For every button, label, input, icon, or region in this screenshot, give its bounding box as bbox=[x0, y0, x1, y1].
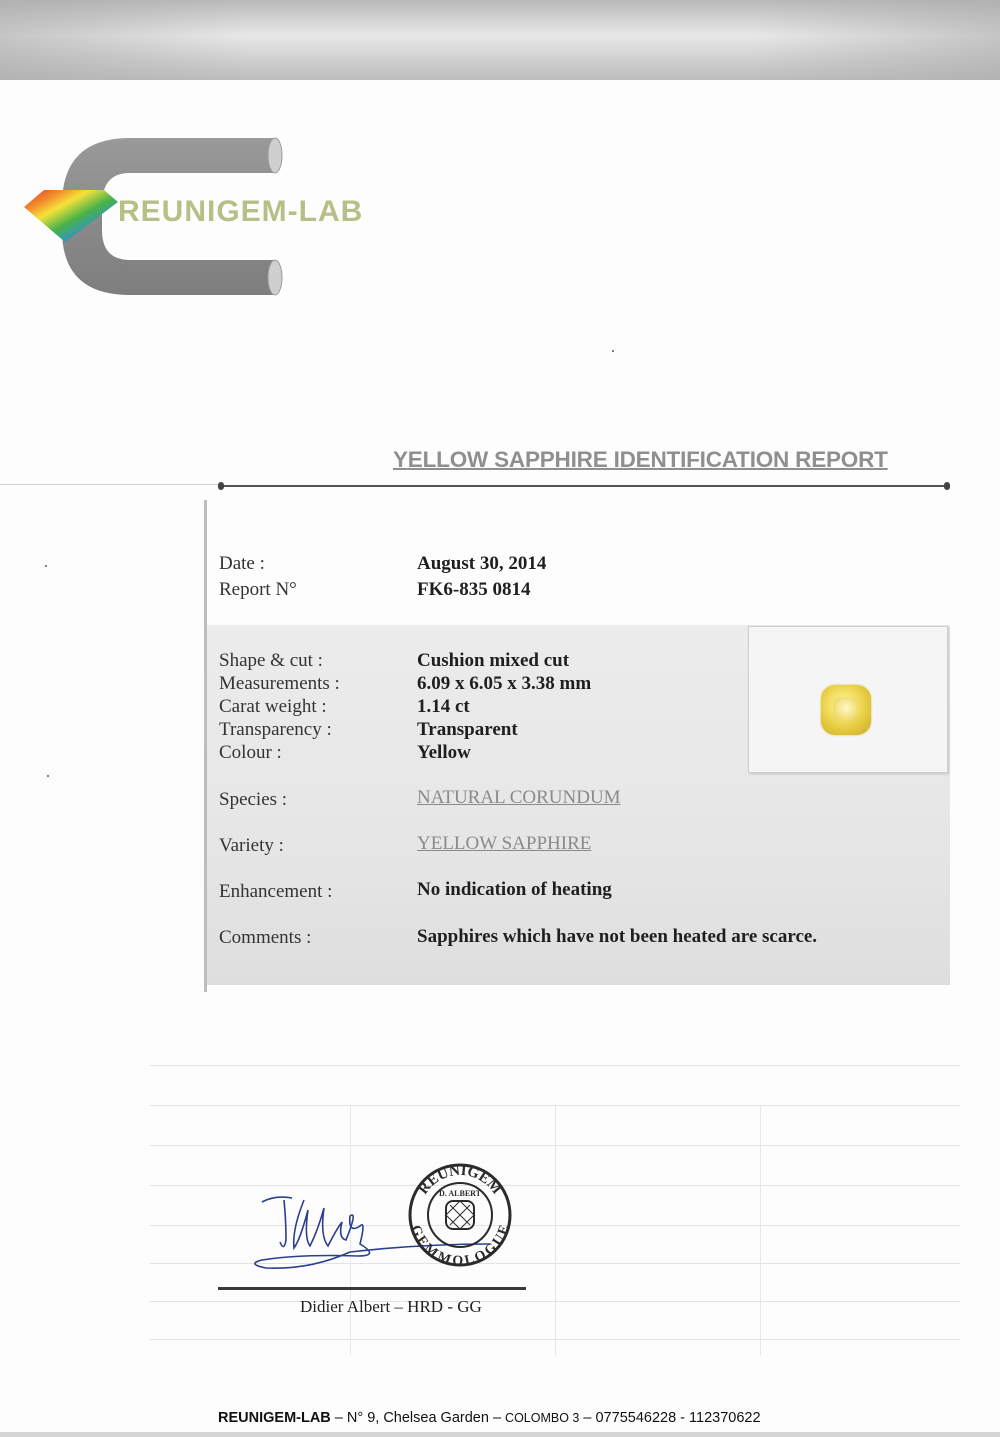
comments-value: Sapphires which have not been heated are… bbox=[417, 926, 817, 948]
report-number-value: FK6-835 0814 bbox=[417, 579, 530, 601]
rule-end-left bbox=[218, 482, 224, 490]
shape-cut-label: Shape & cut : bbox=[219, 650, 323, 672]
rule-end-right bbox=[944, 482, 950, 490]
logo-wordmark: REUNIGEM-LAB bbox=[118, 195, 363, 229]
signature-line bbox=[218, 1287, 526, 1290]
yellow-sapphire-gem-icon bbox=[821, 685, 871, 735]
gem-photo bbox=[748, 626, 948, 773]
signature-icon: REUNIGEM GEMMOLOGUE D. ALBERT bbox=[240, 1160, 540, 1285]
scanner-top-band bbox=[0, 0, 1000, 80]
signer-name: Didier Albert – HRD - GG bbox=[300, 1297, 482, 1317]
footer-address: REUNIGEM-LAB – N° 9, Chelsea Garden – CO… bbox=[218, 1410, 761, 1426]
footer-street: – N° 9, Chelsea Garden – bbox=[331, 1410, 505, 1426]
scan-speck bbox=[612, 350, 614, 352]
gem-table-facet bbox=[833, 697, 859, 721]
measurements-value: 6.09 x 6.05 x 3.38 mm bbox=[417, 673, 591, 695]
colour-label: Colour : bbox=[219, 742, 282, 764]
signature-area: REUNIGEM GEMMOLOGUE D. ALBERT bbox=[240, 1160, 540, 1285]
species-value: NATURAL CORUNDUM bbox=[417, 787, 621, 809]
report-number-label: Report N° bbox=[219, 579, 297, 601]
date-label: Date : bbox=[219, 553, 265, 575]
scanner-bottom-edge bbox=[0, 1432, 1000, 1437]
enhancement-label: Enhancement : bbox=[219, 881, 332, 903]
variety-label: Variety : bbox=[219, 835, 284, 857]
report-title: YELLOW SAPPHIRE IDENTIFICATION REPORT bbox=[393, 447, 888, 473]
gemmologist-stamp: REUNIGEM GEMMOLOGUE D. ALBERT bbox=[407, 1163, 512, 1269]
carat-weight-value: 1.14 ct bbox=[417, 696, 470, 718]
carat-weight-label: Carat weight : bbox=[219, 696, 327, 718]
shape-cut-value: Cushion mixed cut bbox=[417, 650, 569, 672]
footer-city: COLOMBO 3 bbox=[505, 1411, 579, 1425]
colour-value: Yellow bbox=[417, 742, 471, 764]
transparency-value: Transparent bbox=[417, 719, 518, 741]
footer-phones: – 0775546228 - 112370622 bbox=[579, 1410, 760, 1426]
measurements-label: Measurements : bbox=[219, 673, 340, 695]
fold-line bbox=[0, 484, 220, 485]
comments-label: Comments : bbox=[219, 927, 311, 949]
title-rule bbox=[220, 485, 947, 487]
species-label: Species : bbox=[219, 789, 287, 811]
footer-company: REUNIGEM-LAB bbox=[218, 1410, 331, 1426]
reunigem-logo: REUNIGEM-LAB bbox=[20, 130, 420, 305]
scan-speck bbox=[47, 775, 49, 777]
enhancement-value: No indication of heating bbox=[417, 879, 612, 901]
scan-speck bbox=[45, 565, 47, 567]
variety-value: YELLOW SAPPHIRE bbox=[417, 833, 591, 855]
date-value: August 30, 2014 bbox=[417, 553, 546, 575]
svg-text:D. ALBERT: D. ALBERT bbox=[439, 1189, 482, 1198]
transparency-label: Transparency : bbox=[219, 719, 332, 741]
